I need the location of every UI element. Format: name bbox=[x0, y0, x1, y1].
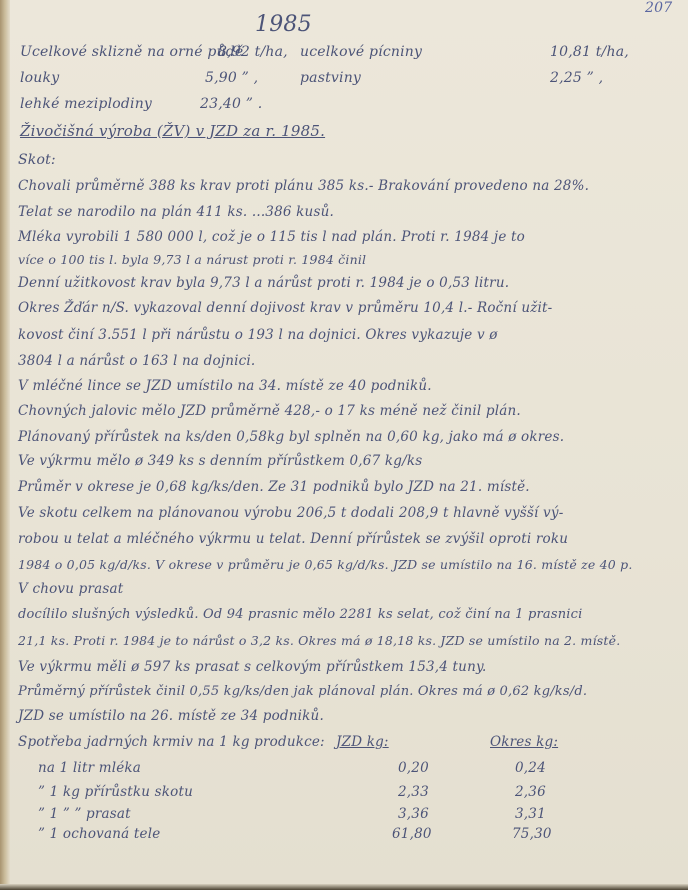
feed-row-label: ” 1 kg přírůstku skotu bbox=[38, 784, 193, 800]
text-line: V chovu prasat bbox=[18, 581, 123, 597]
feed-table-title: Spotřeba jadrných krmiv na 1 kg produkce… bbox=[18, 734, 325, 750]
feed-row-label: ” 1 ochovaná tele bbox=[38, 826, 160, 842]
yield-value: 23,40 ” . bbox=[200, 96, 262, 112]
year-heading: 1985 bbox=[255, 12, 312, 37]
yield-value: 8,92 t/ha, bbox=[218, 44, 288, 60]
text-line: kovost činí 3.551 l při nárůstu o 193 l … bbox=[18, 327, 498, 343]
text-line: Mléka vyrobili 1 580 000 l, což je o 115… bbox=[18, 229, 525, 245]
text-line: docílilo slušných výsledků. Od 94 prasni… bbox=[18, 607, 583, 622]
page-number: 207 bbox=[645, 0, 672, 16]
text-line: více o 100 tis l. byla 9,73 l a nárust p… bbox=[18, 252, 366, 267]
text-line: Ve skotu celkem na plánovanou výrobu 206… bbox=[18, 505, 563, 521]
page-binding-edge bbox=[0, 0, 10, 890]
yield-label: lehké meziplodiny bbox=[20, 96, 152, 112]
text-line: Ve výkrmu měli ø 597 ks prasat s celkový… bbox=[18, 659, 487, 675]
text-line: Plánovaný přírůstek na ks/den 0,58kg byl… bbox=[18, 429, 564, 445]
text-line: 1984 o 0,05 kg/d/ks. V okrese v průměru … bbox=[18, 557, 633, 572]
feed-row-jzd: 2,33 bbox=[398, 784, 429, 800]
yield-label: pastviny bbox=[300, 70, 361, 86]
text-line: Chovali průměrně 388 ks krav proti plánu… bbox=[18, 178, 589, 194]
feed-row-okres: 0,24 bbox=[515, 760, 546, 776]
page-bottom-edge bbox=[0, 884, 688, 890]
subheading: Skot: bbox=[18, 152, 56, 168]
feed-table-header-okres: Okres kg: bbox=[490, 734, 558, 750]
text-line: 3804 l a nárůst o 163 l na dojnici. bbox=[18, 353, 255, 369]
yield-label: Ucelkové sklizně na orné půdě bbox=[20, 44, 243, 60]
yield-value: 10,81 t/ha, bbox=[550, 44, 629, 60]
feed-row-label: na 1 litr mléka bbox=[38, 760, 141, 776]
text-line: Průměr v okrese je 0,68 kg/ks/den. Ze 31… bbox=[18, 479, 530, 495]
text-line: Telat se narodilo na plán 411 ks. ...386… bbox=[18, 204, 334, 220]
yield-value: 5,90 ” , bbox=[205, 70, 258, 86]
text-line: Chovných jalovic mělo JZD průměrně 428,-… bbox=[18, 403, 521, 419]
feed-row-jzd: 3,36 bbox=[398, 806, 429, 822]
feed-row-okres: 3,31 bbox=[515, 806, 546, 822]
feed-row-okres: 2,36 bbox=[515, 784, 546, 800]
text-line: V mléčné lince se JZD umístilo na 34. mí… bbox=[18, 378, 432, 394]
yield-label: louky bbox=[20, 70, 59, 86]
text-line: Ve výkrmu mělo ø 349 ks s denním přírůst… bbox=[18, 453, 422, 469]
feed-row-okres: 75,30 bbox=[512, 826, 552, 842]
text-line: Průměrný přírůstek činil 0,55 kg/ks/den … bbox=[18, 684, 587, 699]
text-line: Okres Žďár n/S. vykazoval denní dojivost… bbox=[18, 300, 552, 316]
section-heading: Živočišná výroba (ŽV) v JZD za r. 1985. bbox=[20, 122, 325, 140]
feed-row-label: ” 1 ” ” prasat bbox=[38, 806, 131, 822]
feed-row-jzd: 61,80 bbox=[392, 826, 432, 842]
feed-table-header-jzd: JZD kg: bbox=[336, 734, 389, 750]
text-line: robou u telat a mléčného výkrmu u telat.… bbox=[18, 531, 568, 547]
chronicle-page: 207 1985 Ucelkové sklizně na orné půdě 8… bbox=[0, 0, 688, 890]
text-line: 21,1 ks. Proti r. 1984 je to nárůst o 3,… bbox=[18, 633, 620, 648]
yield-label: ucelkové pícniny bbox=[300, 44, 422, 60]
text-line: JZD se umístilo na 26. místě ze 34 podni… bbox=[18, 708, 324, 724]
feed-row-jzd: 0,20 bbox=[398, 760, 429, 776]
text-line: Denní užitkovost krav byla 9,73 l a nárů… bbox=[18, 275, 509, 291]
yield-value: 2,25 ” , bbox=[550, 70, 603, 86]
